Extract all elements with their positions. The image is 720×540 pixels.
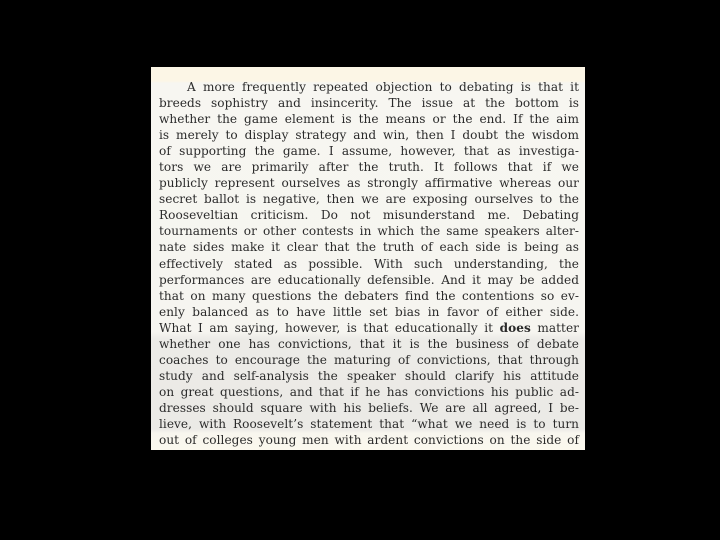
body-paragraph: A more frequently repeated objection to … [159,79,579,450]
text-line: publicly represent ourselves as strongly… [159,175,579,191]
text-line: of supporting the game. I assume, howeve… [159,143,579,159]
text-line: secret ballot is negative, then we are e… [159,191,579,207]
text-line: enly balanced as to have little set bias… [159,304,579,320]
text-segment: matter [531,321,579,335]
text-line: nate sides make it clear that the truth … [159,239,579,255]
text-line: whether one has convictions, that it is … [159,336,579,352]
text-line: study and self-analysis the speaker shou… [159,368,579,384]
text-line: that on many questions the debaters find… [159,288,579,304]
text-line-with-emphasis: What I am saying, however, is that educa… [159,320,579,336]
text-line: performances are educationally defensibl… [159,272,579,288]
text-segment: What I am saying, however, is that educa… [159,321,500,335]
text-line: whether the game element is the means or… [159,111,579,127]
text-line: coaches to encourage the maturing of con… [159,352,579,368]
scanned-page: A more frequently repeated objection to … [151,67,585,450]
text-line: out of colleges young men with ardent co… [159,432,579,448]
text-line: Rooseveltian criticism. Do not misunders… [159,207,579,223]
text-line: right.” [159,448,579,450]
text-line: tournaments or other contests in which t… [159,223,579,239]
text-line: breeds sophistry and insincerity. The is… [159,95,579,111]
text-line: A more frequently repeated objection to … [159,79,579,95]
text-line: is merely to display strategy and win, t… [159,127,579,143]
text-line: on great questions, and that if he has c… [159,384,579,400]
text-line: tors we are primarily after the truth. I… [159,159,579,175]
emphasized-word: does [500,321,531,335]
text-line: dresses should square with his beliefs. … [159,400,579,416]
text-line: effectively stated as possible. With suc… [159,256,579,272]
text-line: lieve, with Roosevelt’s statement that “… [159,416,579,432]
